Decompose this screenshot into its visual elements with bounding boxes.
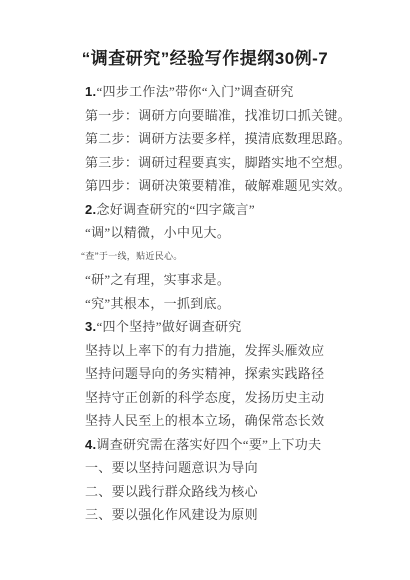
paragraph-line: 第二步：调研方法要多样，摸清底数理思路。 [85,127,410,151]
document-body: 1.“四步工作法”带你“入门”调查研究第一步：调研方向要瞄准，找准切口抓关键。第… [0,80,410,527]
line-text: 调查研究需在落实好四个“要”上下功夫 [96,437,321,452]
line-text: 第二步：调研方法要多样，摸清底数理思路。 [85,131,351,146]
section-heading: 1.“四步工作法”带你“入门”调查研究 [85,80,410,104]
paragraph-line: “究”其根本，一抓到底。 [85,292,410,316]
paragraph-line: “研”之有理，实事求是。 [85,268,410,292]
section-number: 2. [85,202,96,217]
paragraph-line: 二、要以践行群众路线为核心 [85,480,410,504]
paragraph-line: 坚持守正创新的科学态度，发扬历史主动 [85,386,410,410]
line-text: 二、要以践行群众路线为核心 [85,484,258,499]
line-text: 一、要以坚持问题意识为导向 [85,460,258,475]
line-text: 坚持守正创新的科学态度，发扬历史主动 [85,390,324,405]
line-text: 坚持以上率下的有力措施，发挥头雁效应 [85,343,324,358]
section-number: 4. [85,437,96,452]
line-text: “查”于一线，贴近民心。 [81,251,183,261]
document-page: “调查研究”经验写作提纲30例-7 1.“四步工作法”带你“入门”调查研究第一步… [0,0,410,580]
line-text: “调”以精微，小中见大。 [85,225,230,240]
section-heading: 3.“四个坚持”做好调查研究 [85,315,410,339]
section-heading: 2.念好调查研究的“四字箴言” [85,198,410,222]
section-number: 3. [85,319,96,334]
section-number: 1. [85,84,96,99]
paragraph-line: 三、要以强化作风建设为原则 [85,503,410,527]
paragraph-line: 坚持以上率下的有力措施，发挥头雁效应 [85,339,410,363]
paragraph-line: 一、要以坚持问题意识为导向 [85,456,410,480]
line-text: 第四步：调研决策要精准，破解难题见实效。 [85,178,351,193]
paragraph-line: “调”以精微，小中见大。 [85,221,410,245]
line-text: “四个坚持”做好调查研究 [96,319,241,334]
paragraph-line: 第三步：调研过程要真实，脚踏实地不空想。 [85,151,410,175]
line-text: 坚持人民至上的根本立场，确保常态长效 [85,413,324,428]
line-text: 念好调查研究的“四字箴言” [96,202,254,217]
paragraph-line: 第一步：调研方向要瞄准，找准切口抓关键。 [85,104,410,128]
line-text: 坚持问题导向的务实精神，探索实践路径 [85,366,324,381]
paragraph-line: 第四步：调研决策要精准，破解难题见实效。 [85,174,410,198]
line-text: “四步工作法”带你“入门”调查研究 [96,84,293,99]
paragraph-line: 坚持人民至上的根本立场，确保常态长效 [85,409,410,433]
line-text: 三、要以强化作风建设为原则 [85,507,258,522]
paragraph-line: 坚持问题导向的务实精神，探索实践路径 [85,362,410,386]
line-text: “研”之有理，实事求是。 [85,272,230,287]
paragraph-line: “查”于一线，贴近民心。 [81,245,410,269]
line-text: “究”其根本，一抓到底。 [85,296,230,311]
section-heading: 4.调查研究需在落实好四个“要”上下功夫 [85,433,410,457]
line-text: 第一步：调研方向要瞄准，找准切口抓关键。 [85,108,351,123]
line-text: 第三步：调研过程要真实，脚踏实地不空想。 [85,155,351,170]
document-title: “调查研究”经验写作提纲30例-7 [0,46,410,71]
